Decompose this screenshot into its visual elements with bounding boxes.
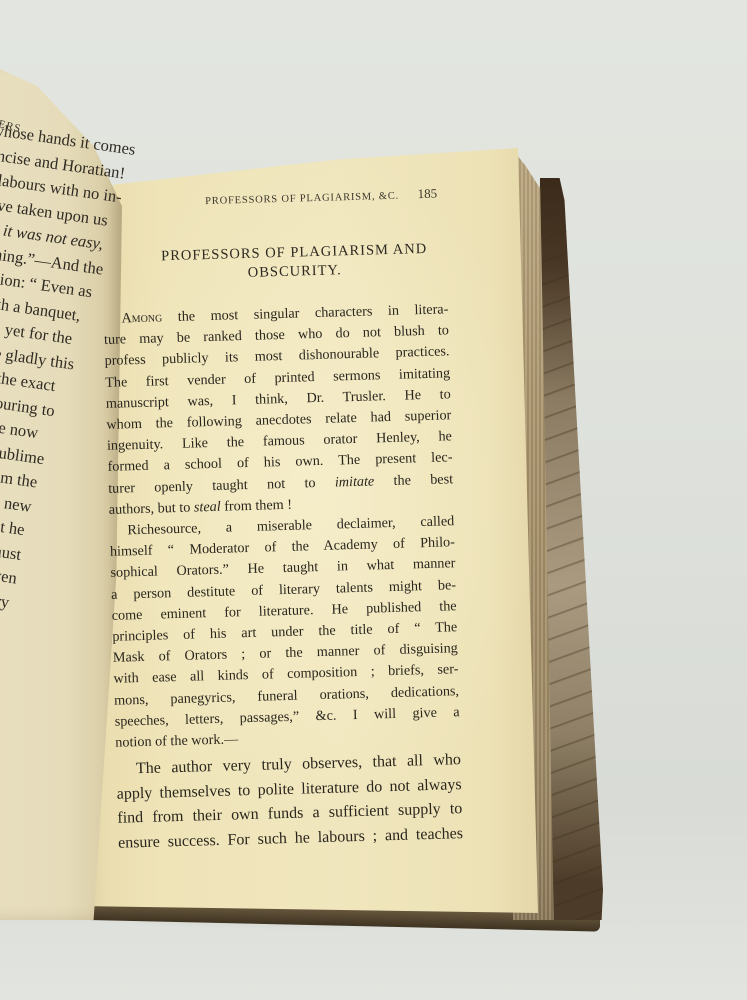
body-text: Among the most singular characters in li… xyxy=(103,299,460,754)
running-head-title: Professors of Plagiarism, &c. xyxy=(205,191,399,207)
body-text-lower: The author very truly observes, that all… xyxy=(116,748,464,856)
chapter-title: Professors of Plagiarism and Obscurity. xyxy=(102,239,448,287)
photo-scene: ERS. whose hands it comes oncise and Hor… xyxy=(0,0,747,1000)
right-page-text: Professors of Plagiarism, &c. 185 Profes… xyxy=(100,185,463,856)
drop-lead-word: Among xyxy=(121,309,162,326)
page-number: 185 xyxy=(417,186,437,203)
